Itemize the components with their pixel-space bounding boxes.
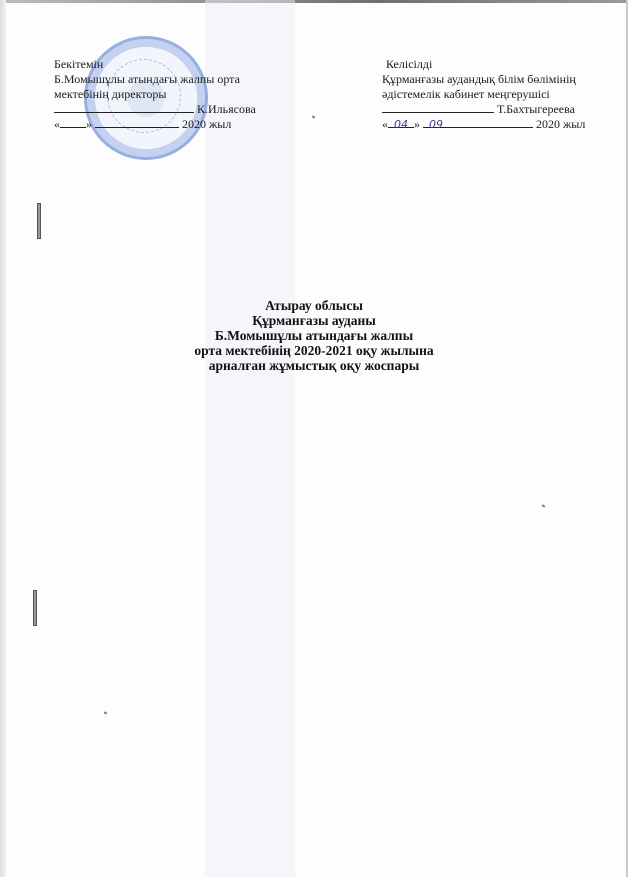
date-year: 2020 жыл <box>536 117 585 131</box>
approval-block-right: Келісілді Құрманғазы аудандық білім бөлі… <box>382 57 622 132</box>
date-quote-close: » <box>86 117 92 131</box>
scan-speck <box>542 504 546 507</box>
agreement-heading: Келісілді <box>382 57 622 72</box>
date-month-field: 09 <box>423 117 533 128</box>
title-line-district: Құрманғазы ауданы <box>0 313 628 328</box>
signature-field <box>54 102 194 113</box>
title-line-plan: арналған жұмыстық оқу жоспары <box>0 358 628 373</box>
scan-left-edge <box>0 0 6 877</box>
department-line: Құрманғазы аудандық білім бөлімінің <box>382 72 622 87</box>
date-year: 2020 жыл <box>182 117 231 131</box>
date-day-field: 04 <box>388 117 414 128</box>
date-day-field <box>60 117 86 128</box>
signatory-name: К.Ильясова <box>197 102 256 116</box>
signatory-name: Т.Бахтыгереева <box>497 102 575 116</box>
approval-block-left: Бекітемін Б.Момышұлы атындағы жалпы орта… <box>54 57 324 132</box>
title-line-school: Б.Момышұлы атындағы жалпы <box>0 328 628 343</box>
binder-hole-mark <box>37 203 41 239</box>
signature-line: Т.Бахтыгереева <box>382 102 622 117</box>
date-line: «» 2020 жыл <box>54 117 324 132</box>
position-line: әдістемелік кабинет меңгерушісі <box>382 87 622 102</box>
title-line-year: орта мектебінің 2020-2021 оқу жылына <box>0 343 628 358</box>
approval-heading: Бекітемін <box>54 57 324 72</box>
school-name-line: Б.Момышұлы атындағы жалпы орта <box>54 72 324 87</box>
position-line: мектебінің директоры <box>54 87 324 102</box>
date-line: «04» 09 2020 жыл <box>382 117 622 132</box>
signature-line: К.Ильясова <box>54 102 324 117</box>
date-month-field <box>95 117 179 128</box>
binder-hole-mark <box>33 590 37 626</box>
scan-top-edge <box>0 0 628 3</box>
document-title: Атырау облысы Құрманғазы ауданы Б.Момышұ… <box>0 298 628 373</box>
signature-field <box>382 102 494 113</box>
title-line-region: Атырау облысы <box>0 298 628 313</box>
date-quote-close: » <box>414 117 420 131</box>
scan-speck <box>104 711 108 714</box>
